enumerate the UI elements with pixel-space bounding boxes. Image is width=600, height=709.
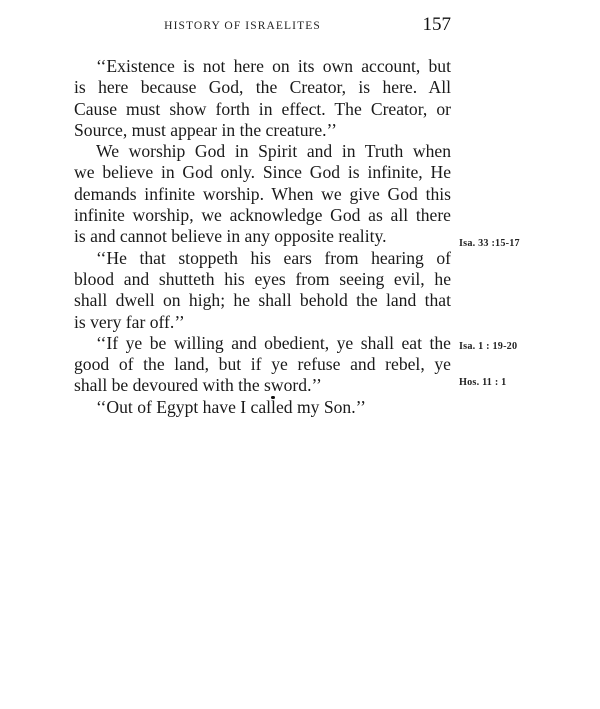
running-head: History of Israelites 157: [74, 14, 451, 38]
text-line: is very far off.’’: [74, 312, 451, 333]
text-line: we believe in God only. Since God is inf…: [74, 162, 451, 183]
text-line: We worship God in Spirit and in Truth wh…: [74, 141, 451, 162]
text-line: ‘‘Existence is not here on its own accou…: [74, 56, 451, 77]
paragraph-isaiah-33: ‘‘He that stoppeth his ears from hearing…: [74, 248, 451, 333]
text-line: ‘‘He that stoppeth his ears from hearing…: [74, 248, 451, 269]
text-line: ‘‘If ye be willing and obedient, ye shal…: [74, 333, 451, 354]
paragraph-existence: ‘‘Existence is not here on its own accou…: [74, 56, 451, 141]
text-line: infinite worship, we acknowledge God as …: [74, 205, 451, 226]
paragraph-hosea-11: ‘‘Out of Egypt have I called my Son.’’: [74, 397, 451, 418]
running-title: History of Israelites: [74, 20, 451, 32]
body-text: ‘‘Existence is not here on its own accou…: [74, 56, 451, 418]
margin-note-hos-11: Hos. 11 : 1: [459, 377, 506, 388]
margin-note-isa-1: Isa. 1 : 19-20: [459, 341, 517, 352]
ink-dot: [271, 396, 275, 399]
text-line: blood and shutteth his eyes from seeing …: [74, 269, 451, 290]
text-line: Cause must show forth in effect. The Cre…: [74, 99, 451, 120]
text-line: good of the land, but if ye refuse and r…: [74, 354, 451, 375]
margin-note-isa-33: Isa. 33 :15-17: [459, 238, 520, 249]
text-line: ‘‘Out of Egypt have I called my Son.’’: [74, 397, 451, 418]
paragraph-isaiah-1: ‘‘If ye be willing and obedient, ye shal…: [74, 333, 451, 397]
text-line: is here because God, the Creator, is her…: [74, 77, 451, 98]
book-page: History of Israelites 157 ‘‘Existence is…: [0, 0, 600, 709]
text-line: shall be devoured with the sword.’’: [74, 375, 451, 396]
text-line: demands infinite worship. When we give G…: [74, 184, 451, 205]
paragraph-worship: We worship God in Spirit and in Truth wh…: [74, 141, 451, 247]
text-line: shall dwell on high; he shall behold the…: [74, 290, 451, 311]
text-line: Source, must appear in the creature.’’: [74, 120, 451, 141]
page-number: 157: [423, 14, 452, 36]
text-line: is and cannot believe in any opposite re…: [74, 226, 451, 247]
